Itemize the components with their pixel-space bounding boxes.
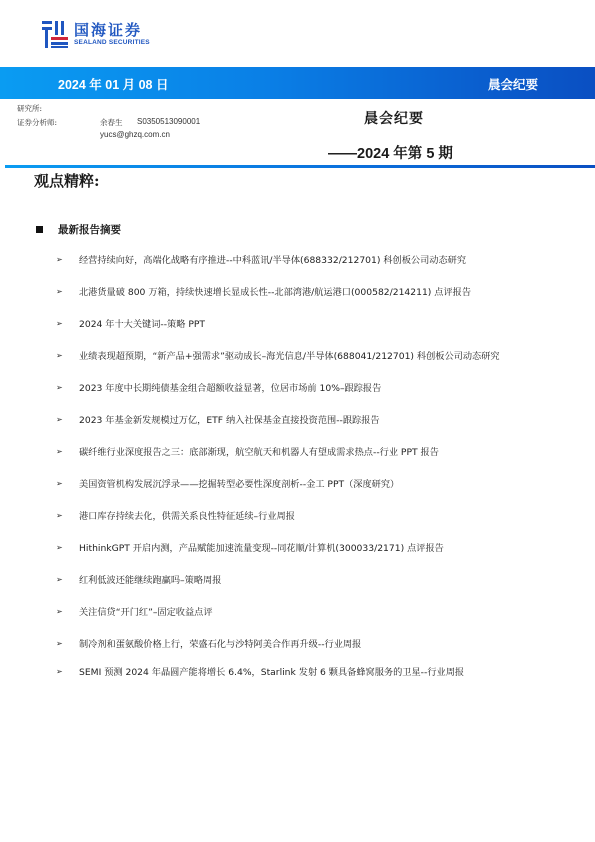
subsection-header: 最新报告摘要 [36,222,121,237]
arrow-bullet-icon: ➢ [56,479,68,488]
list-item[interactable]: ➢红利低波还能继续跑赢吗–策略周报 [56,572,221,586]
arrow-bullet-icon: ➢ [56,667,68,676]
analyst-name: 余春生 [100,117,123,128]
section-divider [5,165,595,168]
document-title: 晨会纪要 [364,108,424,128]
list-item[interactable]: ➢港口库存持续去化，供需关系良性特征延续–行业周报 [56,508,295,522]
analyst-email[interactable]: yucs@ghzq.com.cn [100,130,170,139]
arrow-bullet-icon: ➢ [56,543,68,552]
list-item[interactable]: ➢美国资管机构发展沉浮录——挖掘转型必要性深度剖析--金工 PPT（深度研究） [56,476,399,490]
list-item[interactable]: ➢碳纤维行业深度报告之三：底部渐现，航空航天和机器人有望成需求热点--行业 PP… [56,444,439,458]
arrow-bullet-icon: ➢ [56,639,68,648]
arrow-bullet-icon: ➢ [56,607,68,616]
list-item[interactable]: ➢业绩表现超预期，“新产品+强需求”驱动成长–海光信息/半导体(688041/2… [56,348,500,362]
list-item[interactable]: ➢HithinkGPT 开启内测，产品赋能加速流量变现--同花顺/计算机(300… [56,540,444,554]
list-item[interactable]: ➢经营持续向好，高端化战略有序推进--中科蓝讯/半导体(688332/21270… [56,252,466,266]
analyst-label: 证券分析师: [17,117,57,128]
arrow-bullet-icon: ➢ [56,575,68,584]
subsection-title: 最新报告摘要 [58,222,121,237]
list-item[interactable]: ➢2023 年基金新发规模过万亿，ETF 纳入社保基金直接投资范围--跟踪报告 [56,412,380,426]
document-issue: ——2024 年第 5 期 [328,142,453,163]
arrow-bullet-icon: ➢ [56,255,68,264]
logo-mark-icon [42,21,68,48]
institute-label: 研究所: [17,103,42,114]
list-item[interactable]: ➢制冷剂和蛋氨酸价格上行，荣盛石化与沙特阿美合作再升级--行业周报 [56,636,361,650]
header-banner: 2024 年 01 月 08 日 晨会纪要 [0,67,595,99]
list-item[interactable]: ➢关注信贷“开门红”–固定收益点评 [56,604,213,618]
arrow-bullet-icon: ➢ [56,351,68,360]
list-item[interactable]: ➢北港货量破 800 万箱，持续快速增长显成长性--北部湾港/航运港口(0005… [56,284,471,298]
arrow-bullet-icon: ➢ [56,383,68,392]
arrow-bullet-icon: ➢ [56,319,68,328]
list-item[interactable]: ➢2023 年度中长期纯债基金组合超额收益显著，位居市场前 10%–跟踪报告 [56,380,381,394]
arrow-bullet-icon: ➢ [56,415,68,424]
list-item[interactable]: ➢2024 年十大关键词--策略 PPT [56,316,205,330]
logo-cn-text: 国海证券 [74,22,150,38]
arrow-bullet-icon: ➢ [56,447,68,456]
list-item[interactable]: ➢SEMI 预测 2024 年晶圆产能将增长 6.4%，Starlink 发射 … [56,664,464,678]
logo-en-text: SEALAND SECURITIES [74,38,150,47]
banner-title: 晨会纪要 [488,75,538,93]
section-title: 观点精粹: [34,170,100,191]
report-date: 2024 年 01 月 08 日 [58,75,168,93]
analyst-cert: S0350513090001 [137,117,200,126]
square-bullet-icon [36,226,43,233]
company-logo: 国海证券 SEALAND SECURITIES [42,21,150,48]
arrow-bullet-icon: ➢ [56,511,68,520]
arrow-bullet-icon: ➢ [56,287,68,296]
